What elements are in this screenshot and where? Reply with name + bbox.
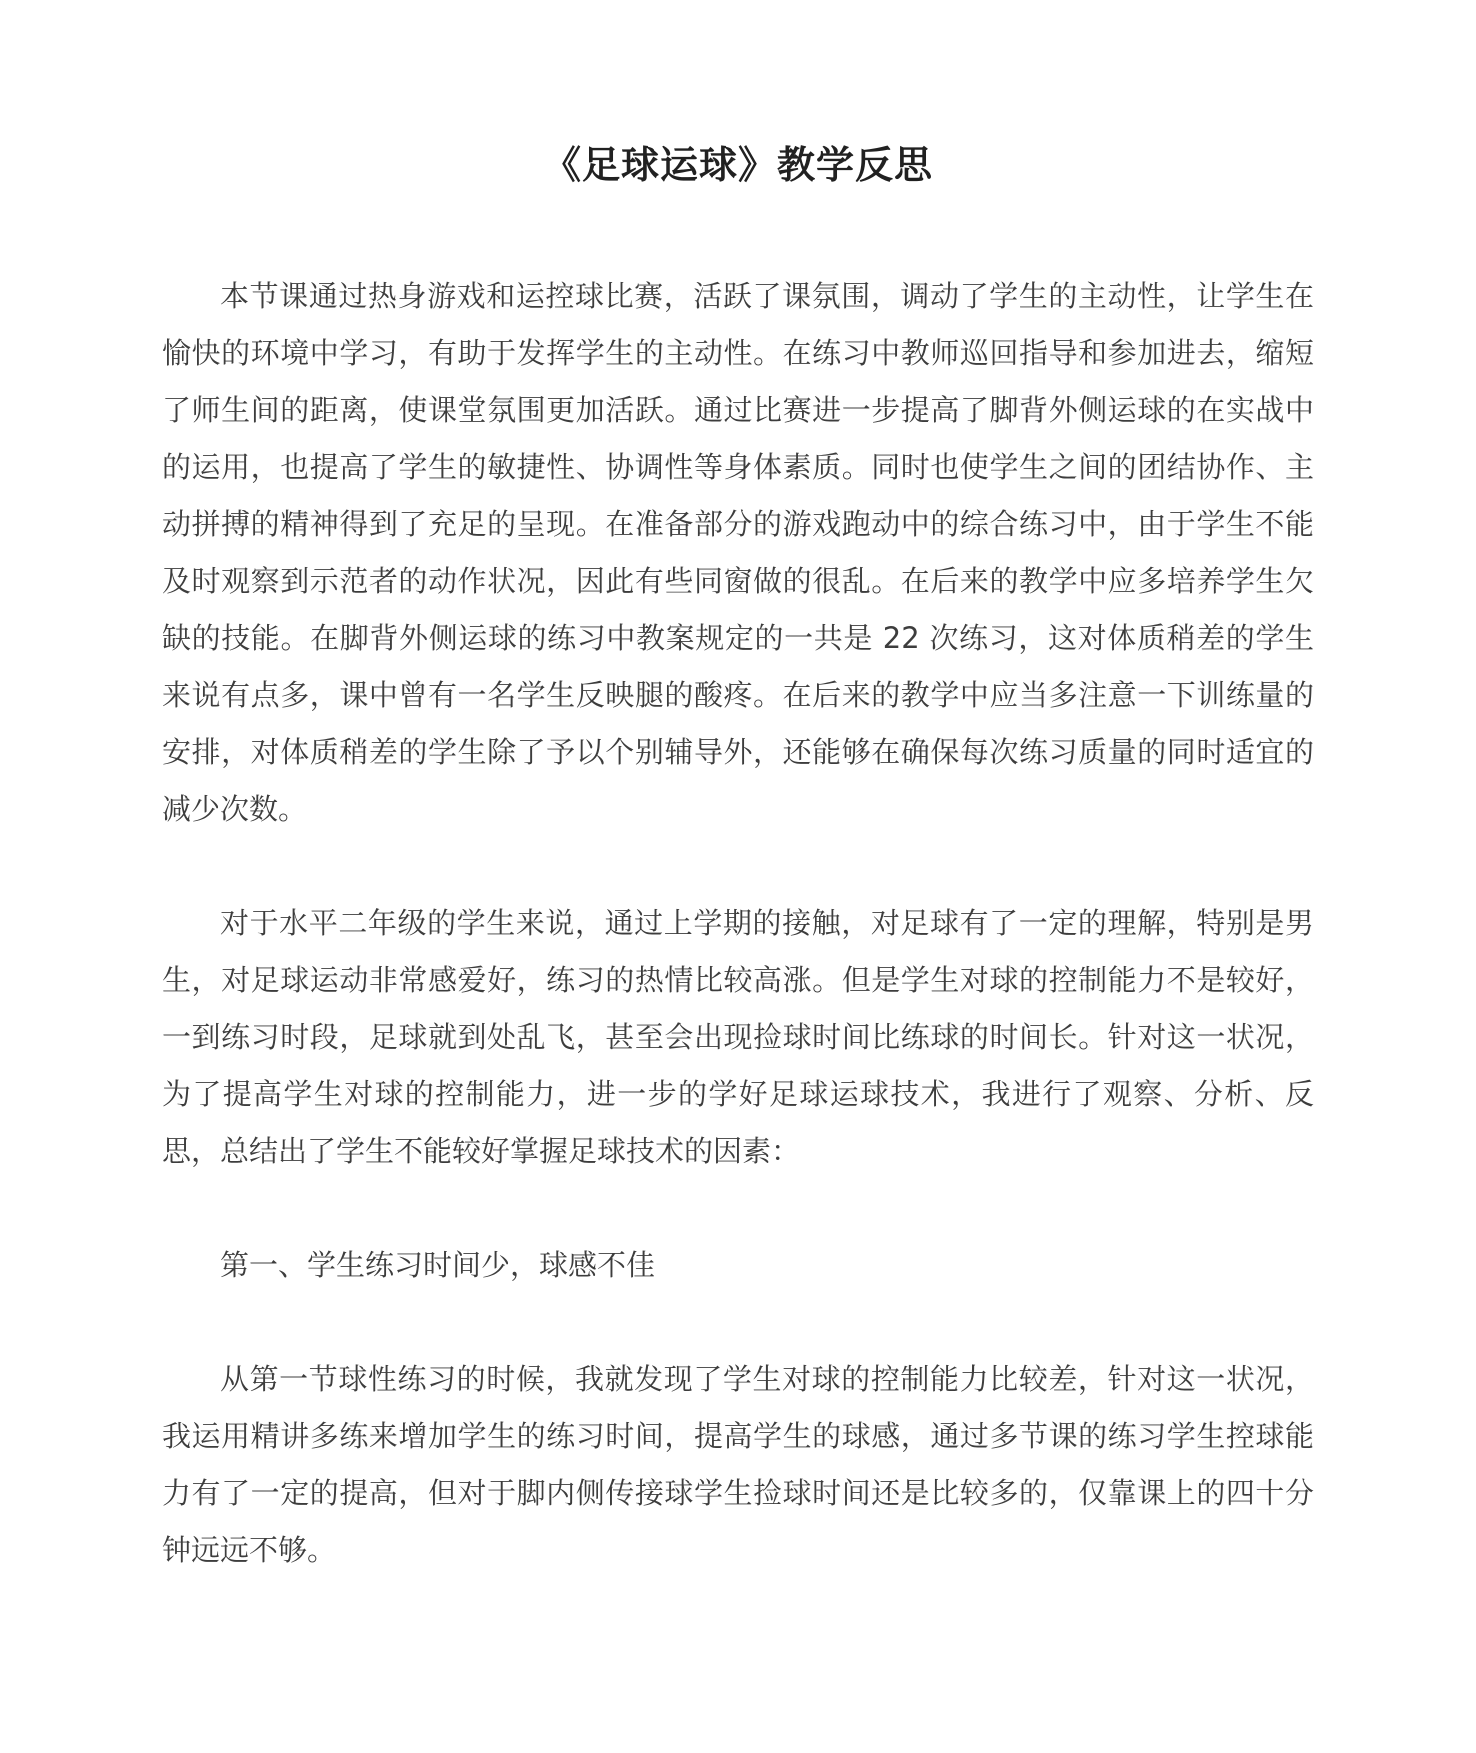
section-heading-first-factor: 第一、学生练习时间少，球感不佳	[162, 1237, 1314, 1294]
document-title: 《足球运球》教学反思	[162, 140, 1314, 190]
paragraph-practice-time: 从第一节球性练习的时候，我就发现了学生对球的控制能力比较差，针对这一状况，我运用…	[162, 1351, 1314, 1579]
document-canvas: { "document": { "title": "《足球运球》教学反思", "…	[0, 0, 1476, 1753]
document-page: 《足球运球》教学反思 本节课通过热身游戏和运控球比赛，活跃了课氛围，调动了学生的…	[162, 0, 1314, 1579]
paragraph-lesson-summary: 本节课通过热身游戏和运控球比赛，活跃了课氛围，调动了学生的主动性，让学生在愉快的…	[162, 268, 1314, 838]
paragraph-student-analysis: 对于水平二年级的学生来说，通过上学期的接触，对足球有了一定的理解，特别是男生，对…	[162, 895, 1314, 1180]
